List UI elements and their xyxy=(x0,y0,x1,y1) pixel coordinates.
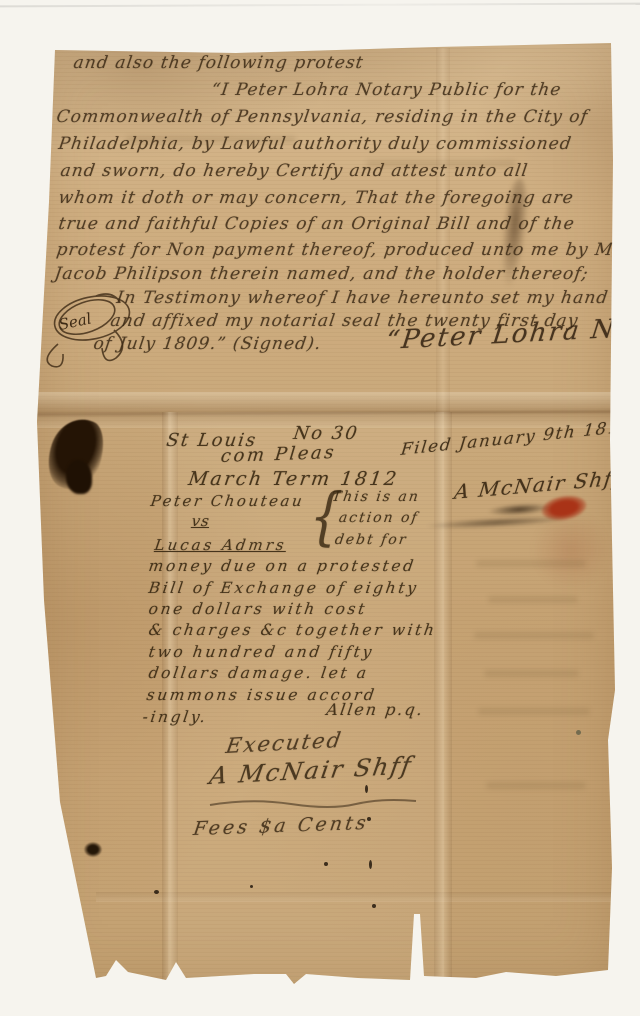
ink-speck xyxy=(372,904,376,908)
protest-line: true and faithful Copies of an Original … xyxy=(57,214,576,234)
seal-label: Seal xyxy=(57,309,93,333)
attorney-signature: Allen p.q. xyxy=(325,700,425,719)
docket-line: -ingly. xyxy=(141,708,208,726)
ink-speck xyxy=(250,885,253,888)
ink-speck xyxy=(365,785,368,793)
scanner-edge-line xyxy=(0,3,640,8)
docket-line: Bill of Exchange of eighty xyxy=(147,579,419,597)
bleedthrough-mark xyxy=(478,708,590,715)
bleedthrough-mark xyxy=(486,782,586,789)
docket-line: two hundred and fifty xyxy=(147,643,375,661)
docket-line: one dollars with cost xyxy=(147,600,368,618)
protest-line: Jacob Philipson therein named, and the h… xyxy=(53,264,590,284)
docket-line: & charges &c together with xyxy=(147,621,437,639)
sheriff-signature: A McNair Shff xyxy=(453,466,624,504)
protest-line: protest for Non payment thereof, produce… xyxy=(55,240,624,260)
plaintiff-name: Peter Chouteau xyxy=(149,492,305,510)
bleedthrough-mark xyxy=(488,596,578,603)
court-term: March Term 1812 xyxy=(187,468,400,490)
ink-speck xyxy=(576,730,581,735)
notarial-seal-scribble: Seal xyxy=(36,288,142,374)
docket-line: money due on a protested xyxy=(147,557,417,575)
side-note-line: debt for xyxy=(334,532,409,548)
docket-line: dollars damage. let a xyxy=(147,664,369,682)
protest-line: Commonwealth of Pennsylvania, residing i… xyxy=(55,107,589,127)
court-name: com Pleas xyxy=(220,442,337,467)
protest-line: and also the following protest xyxy=(72,53,365,73)
protest-line: In Testimony whereof I have hereunto set… xyxy=(115,288,610,308)
side-note-line: action of xyxy=(338,510,420,526)
ink-speck xyxy=(154,890,159,894)
bleedthrough-mark xyxy=(484,670,579,677)
bleedthrough-mark xyxy=(476,560,586,567)
ink-blot-core xyxy=(66,460,92,494)
protest-line: “I Peter Lohra Notary Public for the xyxy=(210,80,563,100)
side-note-line: This is an xyxy=(331,489,421,505)
protest-line: Philadelphia, by Lawful authority duly c… xyxy=(57,134,573,154)
manuscript-paper: and also the following protest “I Peter … xyxy=(36,40,616,990)
document-scan: and also the following protest “I Peter … xyxy=(0,0,640,1016)
case-number: No 30 xyxy=(292,423,360,444)
defendant-name: Lucas Admrs xyxy=(153,536,287,554)
dark-spot xyxy=(84,842,102,857)
ink-speck xyxy=(324,862,328,866)
protest-line: and sworn, do hereby Certify and attest … xyxy=(59,161,529,181)
protest-line: whom it doth or may concern, That the fo… xyxy=(57,188,575,208)
versus-label: vs xyxy=(190,512,211,530)
bleedthrough-mark xyxy=(474,632,594,639)
ink-speck xyxy=(369,860,372,869)
signature-flourish xyxy=(206,796,421,810)
